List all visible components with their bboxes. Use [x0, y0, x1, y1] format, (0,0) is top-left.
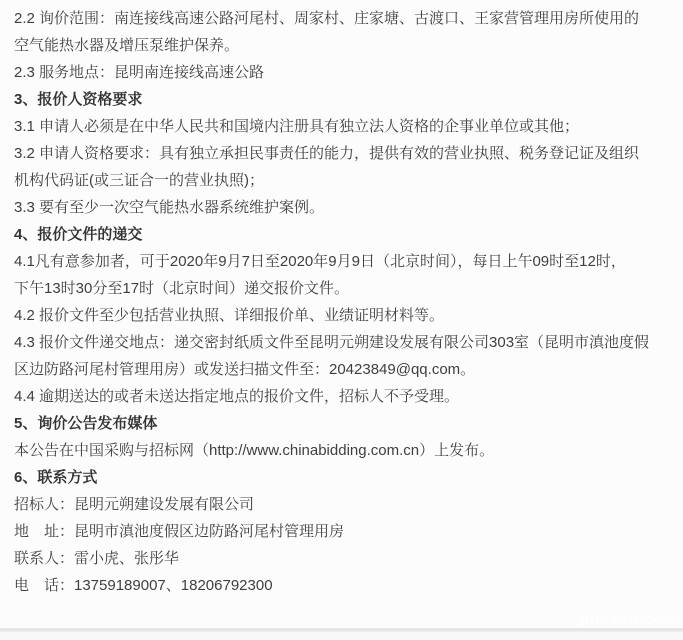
doc-line-4-4: 4.4 逾期送达的或者未送达指定地点的报价文件，招标人不予受理。: [14, 383, 675, 410]
section-heading-5: 5、询价公告发布媒体: [14, 410, 675, 437]
doc-line-4-2: 4.2 报价文件至少包括营业执照、详细报价单、业绩证明材料等。: [14, 302, 675, 329]
doc-line-service-location: 2.3 服务地点：昆明南连接线高速公路: [14, 59, 675, 86]
doc-line-address: 地 址：昆明市滇池度假区边防路河尾村管理用房: [14, 518, 675, 545]
bottom-strip: [0, 631, 683, 640]
section-heading-6: 6、联系方式: [14, 464, 675, 491]
announcement-body: 2.2 询价范围：南连接线高速公路河尾村、周家村、庄家塘、古渡口、王家营管理用房…: [0, 0, 683, 599]
doc-line-3-1: 3.1 申请人必须是在中华人民共和国境内注册具有独立法人资格的企事业单位或其他；: [14, 113, 675, 140]
doc-line-contacts: 联系人：雷小虎、张彤华: [14, 545, 675, 572]
section-heading-3: 3、报价人资格要求: [14, 86, 675, 113]
doc-line-3-2: 3.2 申请人资格要求：具有独立承担民事责任的能力，提供有效的营业执照、税务登记…: [14, 140, 675, 167]
site-watermark: puhzuu.com: [580, 611, 678, 628]
doc-line-phone: 电 话：13759189007、18206792300: [14, 572, 675, 599]
doc-line-publish-media: 本公告在中国采购与招标网（http://www.chinabidding.com…: [14, 437, 675, 464]
doc-line-4-1: 4.1凡有意参加者，可于2020年9月7日至2020年9月9日（北京时间），每日…: [14, 248, 675, 275]
doc-line-scope-wrap: 空气能热水器及增压泵维护保养。: [14, 32, 675, 59]
doc-line-4-3-wrap: 区边防路河尾村管理用房）或发送扫描文件至：20423849@qq.com。: [14, 356, 675, 383]
doc-line-scope: 2.2 询价范围：南连接线高速公路河尾村、周家村、庄家塘、古渡口、王家营管理用房…: [14, 5, 675, 32]
doc-line-tenderer: 招标人：昆明元朔建设发展有限公司: [14, 491, 675, 518]
doc-line-4-1-wrap: 下午13时30分至17时（北京时间）递交报价文件。: [14, 275, 675, 302]
doc-line-4-3: 4.3 报价文件递交地点：递交密封纸质文件至昆明元朔建设发展有限公司303室（昆…: [14, 329, 675, 356]
doc-line-3-2-wrap: 机构代码证(或三证合一的营业执照)；: [14, 167, 675, 194]
doc-line-3-3: 3.3 要有至少一次空气能热水器系统维护案例。: [14, 194, 675, 221]
section-heading-4: 4、报价文件的递交: [14, 221, 675, 248]
